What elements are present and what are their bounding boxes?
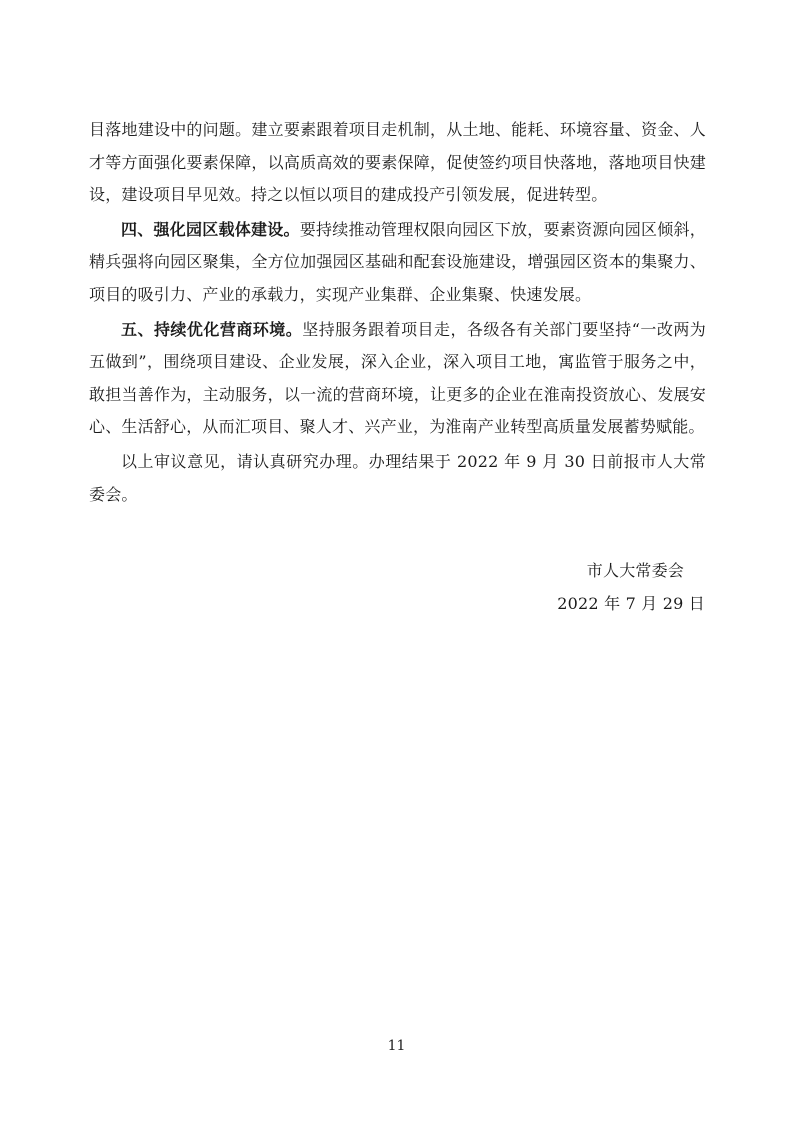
paragraph-lead: 五、持续优化营商环境。: [121, 320, 302, 339]
signature-block: 市人大常委会 2022 年 7 月 29 日: [89, 555, 706, 620]
signature-name: 市人大常委会: [89, 555, 706, 588]
page-number: 11: [0, 1036, 793, 1056]
paragraph-section-4: 四、强化园区载体建设。要持续推动管理权限向园区下放，要素资源向园区倾斜，精兵强将…: [89, 214, 706, 312]
paragraph-closing: 以上审议意见，请认真研究办理。办理结果于 2022 年 9 月 30 日前报市人…: [89, 446, 706, 511]
paragraph-section-5: 五、持续优化营商环境。坚持服务跟着项目走，各级各有关部门要坚持“一改两为五做到”…: [89, 314, 706, 444]
paragraph-lead: 四、强化园区载体建设。: [121, 220, 300, 239]
paragraph-text: 目落地建设中的问题。建立要素跟着项目走机制，从土地、能耗、环境容量、资金、人才等…: [89, 120, 706, 204]
signature-date: 2022 年 7 月 29 日: [89, 588, 706, 621]
document-page: 目落地建设中的问题。建立要素跟着项目走机制，从土地、能耗、环境容量、资金、人才等…: [0, 0, 793, 1122]
paragraph-text: 以上审议意见，请认真研究办理。办理结果于 2022 年 9 月 30 日前报市人…: [89, 452, 706, 504]
document-body: 目落地建设中的问题。建立要素跟着项目走机制，从土地、能耗、环境容量、资金、人才等…: [89, 114, 706, 620]
paragraph-continuation: 目落地建设中的问题。建立要素跟着项目走机制，从土地、能耗、环境容量、资金、人才等…: [89, 114, 706, 212]
